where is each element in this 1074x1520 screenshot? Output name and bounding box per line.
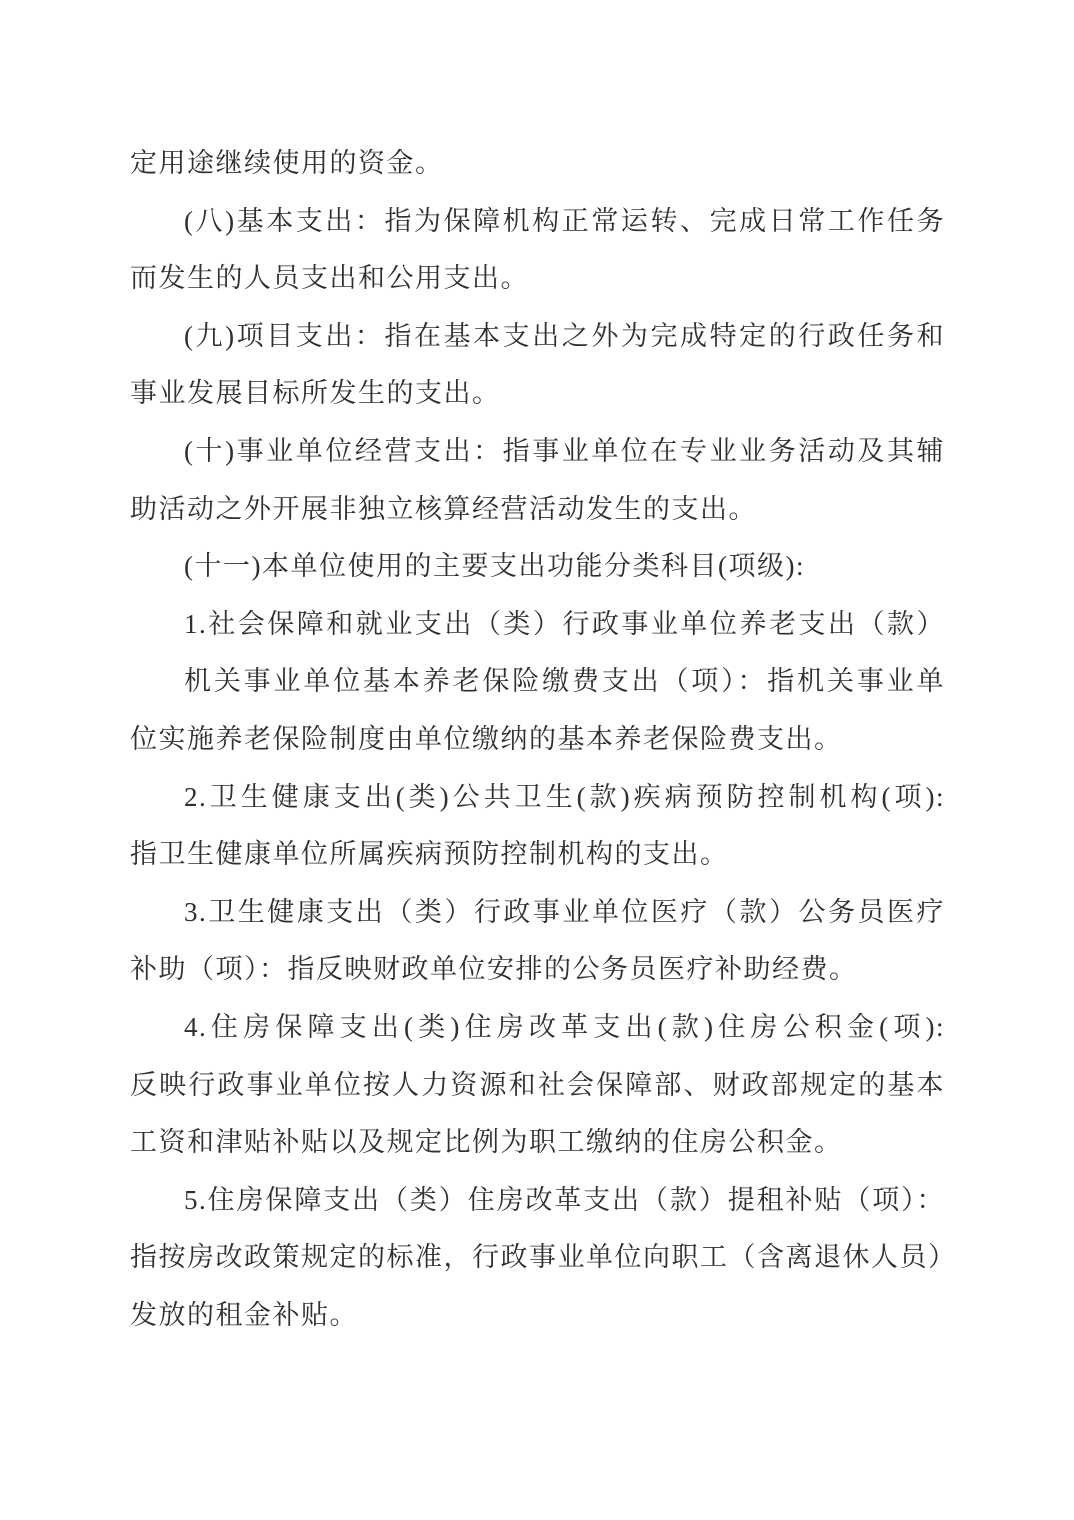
text-line-item-8: (八)基本支出：指为保障机构正常运转、完成日常工作任务 — [130, 193, 945, 251]
text-line-item-11: (十一)本单位使用的主要支出功能分类科目(项级): — [130, 538, 945, 596]
text-line-continuation: 发放的租金补贴。 — [130, 1287, 945, 1345]
text-line-continuation: 而发生的人员支出和公用支出。 — [130, 250, 945, 308]
text-line-continuation: 位实施养老保险制度由单位缴纳的基本养老保险费支出。 — [130, 711, 945, 769]
text-line-continuation: 工资和津贴补贴以及规定比例为职工缴纳的住房公积金。 — [130, 1114, 945, 1172]
text-line-subitem-3: 3.卫生健康支出（类）行政事业单位医疗（款）公务员医疗 — [130, 884, 945, 942]
text-line-continuation: 指按房改政策规定的标准，行政事业单位向职工（含离退休人员） — [130, 1229, 945, 1287]
text-line-continuation: 助活动之外开展非独立核算经营活动发生的支出。 — [130, 481, 945, 539]
text-line-item-10: (十)事业单位经营支出：指事业单位在专业业务活动及其辅 — [130, 423, 945, 481]
text-line-continuation: 事业发展目标所发生的支出。 — [130, 365, 945, 423]
document-page: 定用途继续使用的资金。 (八)基本支出：指为保障机构正常运转、完成日常工作任务 … — [0, 0, 1074, 1520]
text-line-subitem-1: 1.社会保障和就业支出（类）行政事业单位养老支出（款） — [130, 596, 945, 654]
text-line-subitem-2: 2.卫生健康支出(类)公共卫生(款)疾病预防控制机构(项): — [130, 769, 945, 827]
text-line-item-9: (九)项目支出：指在基本支出之外为完成特定的行政任务和 — [130, 308, 945, 366]
text-line-continuation: 定用途继续使用的资金。 — [130, 135, 945, 193]
document-body: 定用途继续使用的资金。 (八)基本支出：指为保障机构正常运转、完成日常工作任务 … — [130, 135, 945, 1344]
text-line-continuation: 指卫生健康单位所属疾病预防控制机构的支出。 — [130, 826, 945, 884]
text-line-subitem-4: 4.住房保障支出(类)住房改革支出(款)住房公积金(项): — [130, 999, 945, 1057]
text-line-subitem-5: 5.住房保障支出（类）住房改革支出（款）提租补贴（项）： — [130, 1172, 945, 1230]
text-line-subitem-1b: 机关事业单位基本养老保险缴费支出（项）：指机关事业单 — [130, 653, 945, 711]
text-line-continuation: 补助（项）：指反映财政单位安排的公务员医疗补助经费。 — [130, 941, 945, 999]
text-line-continuation: 反映行政事业单位按人力资源和社会保障部、财政部规定的基本 — [130, 1057, 945, 1115]
